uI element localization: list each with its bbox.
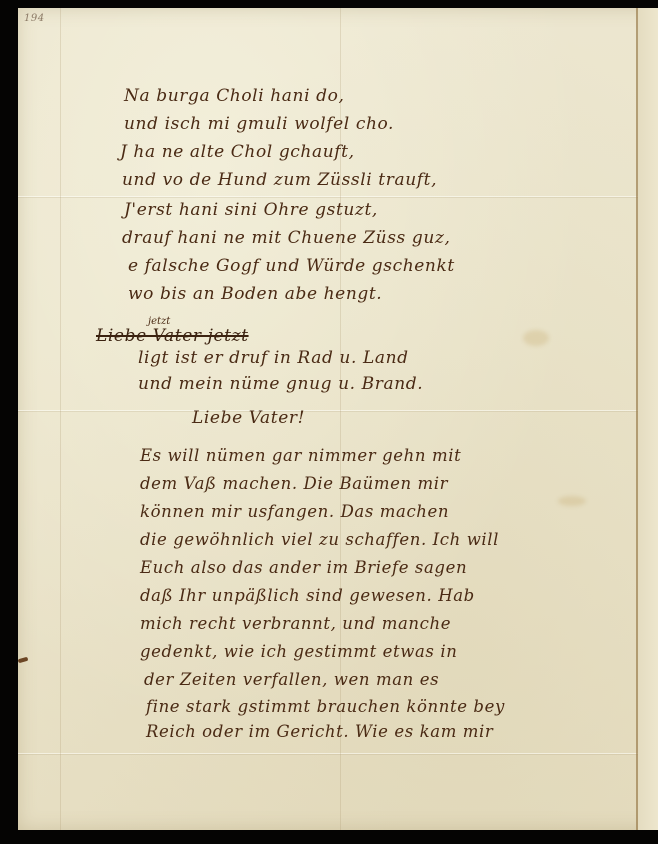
- paper-stain: [523, 330, 549, 346]
- verse-line: ligt ist er druf in Rad u. Land: [138, 348, 409, 368]
- letter-line: die gewöhnlich viel zu schaffen. Ich wil…: [140, 530, 499, 549]
- letter-line: gedenkt, wie ich gestimmt etwas in: [140, 642, 457, 661]
- verse-line: und mein nüme gnug u. Brand.: [138, 374, 423, 394]
- letter-line: Es will nümen gar nimmer gehn mit: [140, 446, 461, 465]
- letter-line: können mir usfangen. Das machen: [140, 502, 449, 521]
- fold-crease: [60, 8, 61, 830]
- adjacent-page-strip: [638, 8, 658, 830]
- letter-line: mich recht verbrannt, und manche: [140, 614, 451, 633]
- fold-crease: [18, 196, 658, 197]
- salutation: Liebe Vater!: [192, 408, 305, 428]
- paper-stain: [558, 496, 586, 506]
- letter-line: der Zeiten verfallen, wen man es: [144, 670, 439, 689]
- letter-line: fine stark gstimmt brauchen könnte bey: [146, 697, 505, 716]
- struck-out-line: Liebe Vater jetzt: [96, 326, 249, 346]
- fold-crease: [18, 753, 658, 754]
- verse-line: J ha ne alte Chol gchauft,: [120, 142, 355, 162]
- letter-line: dem Vaß machen. Die Baümen mir: [140, 474, 448, 493]
- letter-line: Euch also das ander im Briefe sagen: [140, 558, 467, 577]
- verse-line: drauf hani ne mit Chuene Züss guz,: [122, 228, 450, 248]
- verse-line: e falsche Gogf und Würde gschenkt: [128, 256, 455, 276]
- verse-line: und vo de Hund zum Züssli trauft,: [122, 170, 437, 190]
- folio-number: 194: [24, 13, 45, 24]
- verse-line: J'erst hani sini Ohre gstuzt,: [124, 200, 378, 220]
- letter-line: daß Ihr unpäßlich sind gewesen. Hab: [140, 586, 475, 605]
- letter-line: Reich oder im Gericht. Wie es kam mir: [146, 722, 493, 741]
- verse-line: und isch mi gmuli wolfel cho.: [124, 114, 394, 134]
- verse-line: Na burga Choli hani do,: [124, 86, 344, 106]
- fold-crease: [18, 410, 658, 411]
- verse-line: wo bis an Boden abe hengt.: [128, 284, 382, 304]
- document-scan: 194 Na burga Choli hani do, und isch mi …: [0, 0, 658, 844]
